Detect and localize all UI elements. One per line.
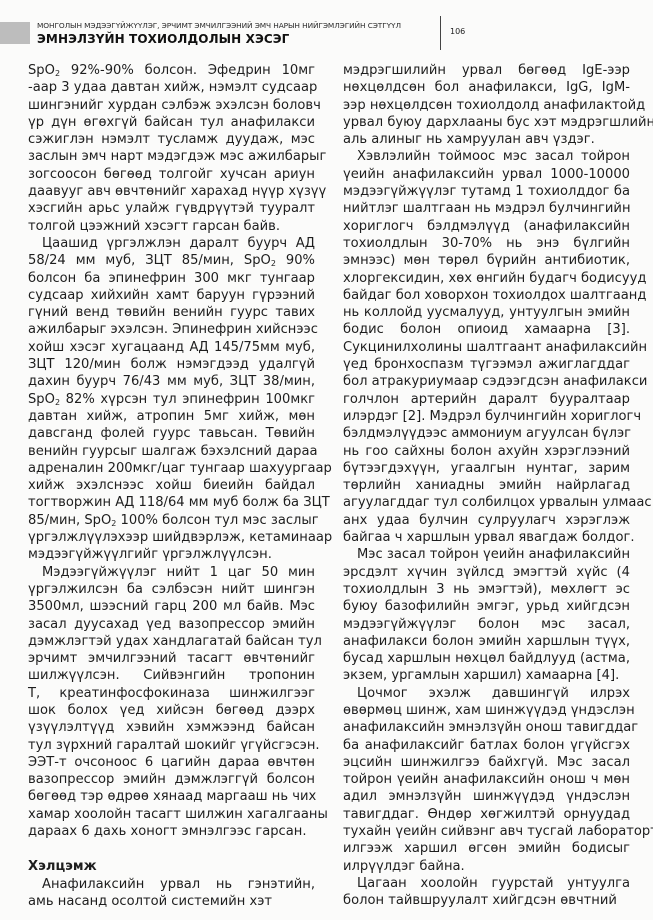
text-line: Цаашид үргэлжлэн даралт буурч АД — [28, 235, 315, 252]
page-header: МОНГОЛЫН МЭДЭЭГҮЙЖҮҮЛЭГ, ЭРЧИМТ ЭМЧИЛГЭЭ… — [0, 0, 653, 52]
paragraph: мэдрэгшилийн урвал бөгөөд IgE-ээрнөхцөлд… — [343, 62, 630, 148]
text-line: илэрдэг [2]. Мэдрэл булчингийн хориглогч — [343, 408, 630, 425]
text-line: буюу базофилийн эмгэг, урьд хийгдсэн — [343, 598, 630, 615]
text-line: үзүүлэлтүүд хэвийн хэмжээнд байсан — [28, 719, 315, 736]
text-line: ажилбарыг эхэлсэн. Эпинефрин хийснээс — [28, 321, 315, 338]
text-line: бодис болон опиоид хамаарна [3]. — [343, 321, 630, 338]
text-line: бүтээгдэхүүн, угаалгын нунтаг, зарим — [343, 460, 630, 477]
text-line: аль алиныг нь хамруулан авч үздэг. — [343, 131, 630, 148]
text-line: адреналин 200мкг/цаг тунгаар шахуургаар — [28, 460, 315, 477]
header-divider — [440, 16, 441, 50]
paragraph: Цочмог эхэлж давшингүй илрэхөвөрмөц шинж… — [343, 685, 630, 875]
text-line: Т, креатинфосфокиназа шинжилгээг — [28, 685, 315, 702]
paragraph: Цаашид үргэлжлэн даралт буурч АД58/24 мм… — [28, 235, 315, 564]
header-color-bar — [0, 22, 30, 44]
text-line: ээр нөхцөлдсөн тохиолдолд анафилактойд — [343, 97, 630, 114]
text-line: сэжиглэн нэмэлт тусламж дуудаж, мэс — [28, 131, 315, 148]
text-line: шилжүүлсэн. Сийвэнгийн тропонин — [28, 667, 315, 684]
text-line: Цагаан хоолойн гуурстай унтуулга — [343, 875, 630, 892]
text-line: тойрон үеийн анафилаксийн онош ч мөн — [343, 771, 630, 788]
text-line: эрчимт эмчилгээний тасагт өвчтөнийг — [28, 650, 315, 667]
paragraph: Мэдээгүйжүүлэг нийт 1 цаг 50 минүргэлжил… — [28, 564, 315, 841]
paragraph: Хэвлэлийн тоймоос мэс засал тойронүеийн … — [343, 148, 630, 546]
text-line: агуулагддаг тул солбилцох урвалын улмаас — [343, 494, 630, 511]
text-line: хамар хоолойн тасагт шилжин хагалгааны — [28, 806, 315, 823]
text-line: хлоргексидин, хөх өнгийн будагч бодисууд — [343, 270, 630, 287]
text-line: болсон ба эпинефрин 300 мкг тунгаар — [28, 270, 315, 287]
text-line: гүний венд төвийн венийн гуурс тавих — [28, 304, 315, 321]
text-line: даавууг авч өвчтөнийг харахад нүүр хүзүү — [28, 183, 315, 200]
text-line: үеийн анафилаксийн урвал 1000-10000 — [343, 166, 630, 183]
text-line: экзем, ургамлын харшил) хамаарна [4]. — [343, 667, 630, 684]
text-line: вазопрессор эмийн дэмжлэггүй болсон — [28, 771, 315, 788]
text-line: үр дүн өгөхгүй байсан тул анафилакси — [28, 114, 315, 131]
paragraph: SpO2 92%-90% болсон. Эфедрин 10мг-аар 3 … — [28, 62, 315, 235]
text-line: үргэлжилсэн ба сэлбэсэн нийт шингэн — [28, 581, 315, 598]
text-line: ЭЭТ-т очсоноос 6 цагийн дараа өвчтөн — [28, 754, 315, 771]
text-line: эрсдэлт хүчин зүйлсд эмэгтэй хүйс (4 — [343, 564, 630, 581]
text-line: хойш хэсэг хугацаанд АД 145/75мм муб, — [28, 339, 315, 356]
text-line: Цочмог эхэлж давшингүй илрэх — [343, 685, 630, 702]
text-line: 3500мл, шээсний гарц 200 мл байв. Мэс — [28, 598, 315, 615]
section-title: ЭМНЭЛЗҮЙН ТОХИОЛДОЛЫН ХЭСЭГ — [37, 32, 289, 46]
text-line: болон тайвшруулалт хийгдсэн өвчтний — [343, 892, 630, 909]
text-line: нь коллойд уусмалууд, унтуулгын эмийн — [343, 304, 630, 321]
text-line: нийтлэг шалтгаан нь мэдрэл булчингийн — [343, 200, 630, 217]
text-line: бол атракуриумаар сэдээгдсэн анафилакси — [343, 373, 630, 390]
subheading: Хэлцэмж — [28, 858, 315, 875]
text-line: Мэдээгүйжүүлэг нийт 1 цаг 50 мин — [28, 564, 315, 581]
text-line: төрлийн ханиадны эмийн найрлагад — [343, 477, 630, 494]
text-line: дараах 6 дахь хоногт эмнэлгээс гарсан. — [28, 823, 315, 840]
text-line: бөгөөд тэр өдрөө хянаад маргааш нь чих — [28, 788, 315, 805]
paragraph: Анафилаксийн урвал нь гэнэтийн,амь насан… — [28, 876, 315, 911]
text-line: тогтворжин АД 118/64 мм муб болж ба ЗЦТ — [28, 494, 315, 511]
text-line: Анафилаксийн урвал нь гэнэтийн, — [28, 876, 315, 893]
text-line: 85/мин, SpO2 100% болсон тул мэс заслыг — [28, 512, 315, 529]
text-line: анх удаа булчин сулруулагч хэрэглэж — [343, 512, 630, 529]
text-line: дэмжлэгтэй удах хандлагатай байсан тул — [28, 633, 315, 650]
text-line: нь гоо сайхны болон ахуйн хэрэглээний — [343, 443, 630, 460]
text-line: адил эмнэлзүйн шинжүүдэд үндэслэн — [343, 788, 630, 805]
text-line: өвөрмөц шинж, хам шинжүүдэд үндэслэн — [343, 702, 630, 719]
text-line: эцсийн шинжилгээ байхгүй. Мэс засал — [343, 754, 630, 771]
text-line: тохиолдлын 3 нь эмэгтэй), мөхлөгт эс — [343, 581, 630, 598]
text-line: Мэс засал тойрон үеийн анафилаксийн — [343, 546, 630, 563]
text-line: үед бронхоспазм түгээмэл ажиглагддаг — [343, 356, 630, 373]
page-number: 106 — [450, 27, 465, 36]
text-line: засал дуусахад үед вазопрессор эмийн — [28, 616, 315, 633]
text-line: эмнээс) мөн төрөл бүрийн антибиотик, — [343, 252, 630, 269]
text-line: заслын эмч нарт мэдэгдэж мэс ажилбарыг — [28, 148, 315, 165]
text-line: SpO2 82% хүрсэн тул эпинефрин 100мкг — [28, 391, 315, 408]
text-line: толгой цээжний хэсэгт гарсан байв. — [28, 218, 315, 235]
text-line: голчлон артерийн даралт бууралтаар — [343, 391, 630, 408]
text-line: мэдээгүйжүүлгийг үргэлжлүүлсэн. — [28, 546, 315, 563]
text-line: шок болох үед хийсэн бөгөөд дээрх — [28, 702, 315, 719]
paragraph: Цагаан хоолойн гуурстай унтуулгаболон та… — [343, 875, 630, 910]
text-line: мэдээгүйжүүлэг болон мэс засал, — [343, 616, 630, 633]
text-line: байгаа ч харшлын урвал явагдаж болдог. — [343, 529, 630, 546]
text-line: бэлдмэлүүдээс аммониум агуулсан бүлэг — [343, 425, 630, 442]
text-line: судсаар хийхийн хамт баруун гүрээний — [28, 287, 315, 304]
text-line: байдаг бол ховорхон тохиолдох шалтгаанд — [343, 287, 630, 304]
text-line: хийж эхэлснээс хойш биеийн байдал — [28, 477, 315, 494]
paragraph: Мэс засал тойрон үеийн анафилаксийнэрсдэ… — [343, 546, 630, 684]
text-line: урвал буюу дархлааны бус хэт мэдрэгшлийн — [343, 114, 630, 131]
journal-name: МОНГОЛЫН МЭДЭЭГҮЙЖҮҮЛЭГ, ЭРЧИМТ ЭМЧИЛГЭЭ… — [37, 21, 401, 30]
text-line: SpO2 92%-90% болсон. Эфедрин 10мг — [28, 62, 315, 79]
text-line: 58/24 мм муб, ЗЦТ 85/мин, SpO2 90% — [28, 252, 315, 269]
text-line: -аар 3 удаа давтан хийж, нэмэлт судсаар — [28, 79, 315, 96]
text-line: илгээж харшил өгсөн эмийн бодисыг — [343, 840, 630, 857]
text-line: тул зүрхний гаралтай шокийг үгүйсгэсэн. — [28, 737, 315, 754]
text-line: дахин буурч 76/43 мм муб, ЗЦТ 38/мин, — [28, 373, 315, 390]
text-line: мэдрэгшилийн урвал бөгөөд IgE-ээр — [343, 62, 630, 79]
text-line: ЗЦТ 120/мин болж нэмэгдээд удалгүй — [28, 356, 315, 373]
text-line: нөхцөлдсөн бол анафилакси, IgG, IgM- — [343, 79, 630, 96]
text-line: тухайн үеийн сийвэнг авч тусгай лаборато… — [343, 823, 630, 840]
text-line: венийн гуурсыг шалгаж бэхэлсний дараа — [28, 443, 315, 460]
text-line: хэсгийн арьс улайж гүвдрүүтэй тууралт — [28, 200, 315, 217]
text-line: шингэнийг хурдан сэлбэж эхэлсэн боловч — [28, 97, 315, 114]
text-line: зогсоосон бөгөөд толгойг хучсан ариун — [28, 166, 315, 183]
text-line: бусад харшлын нөхцөл байдлууд (астма, — [343, 650, 630, 667]
text-line: анафилаксийн эмнэлзүйн онош тавигддаг — [343, 719, 630, 736]
text-line: тавигддаг. Өндөр хөгжилтэй орнуудад — [343, 806, 630, 823]
text-line: ба анафилаксийг батлах болон үгүйсгэх — [343, 737, 630, 754]
text-line: амь насанд осолтой системийн хэт — [28, 893, 315, 910]
left-column: SpO2 92%-90% болсон. Эфедрин 10мг-аар 3 … — [28, 62, 315, 910]
text-line: хориглогч бэлдмэлүүд (анафилаксийн — [343, 218, 630, 235]
text-line: Хэвлэлийн тоймоос мэс засал тойрон — [343, 148, 630, 165]
text-line: давтан хийж, атропин 5мг хийж, мөн — [28, 408, 315, 425]
text-line: мэдээгүйжүүлэг тутамд 1 тохиолддог ба — [343, 183, 630, 200]
text-line: үргэлжлүүлэхээр шийдвэрлэж, кетаминаар — [28, 529, 315, 546]
text-line: давсганд фолей гуурс тавьсан. Төвийн — [28, 425, 315, 442]
text-line: анафилакси болон эмийн харшлын түүх, — [343, 633, 630, 650]
text-line: тохиолдлын 30-70% нь энэ бүлгийн — [343, 235, 630, 252]
right-column: мэдрэгшилийн урвал бөгөөд IgE-ээрнөхцөлд… — [343, 62, 630, 910]
text-line: илрүүлдэг байна. — [343, 858, 630, 875]
text-line: Сукцинилхолины шалтгаант анафилаксийн — [343, 339, 630, 356]
